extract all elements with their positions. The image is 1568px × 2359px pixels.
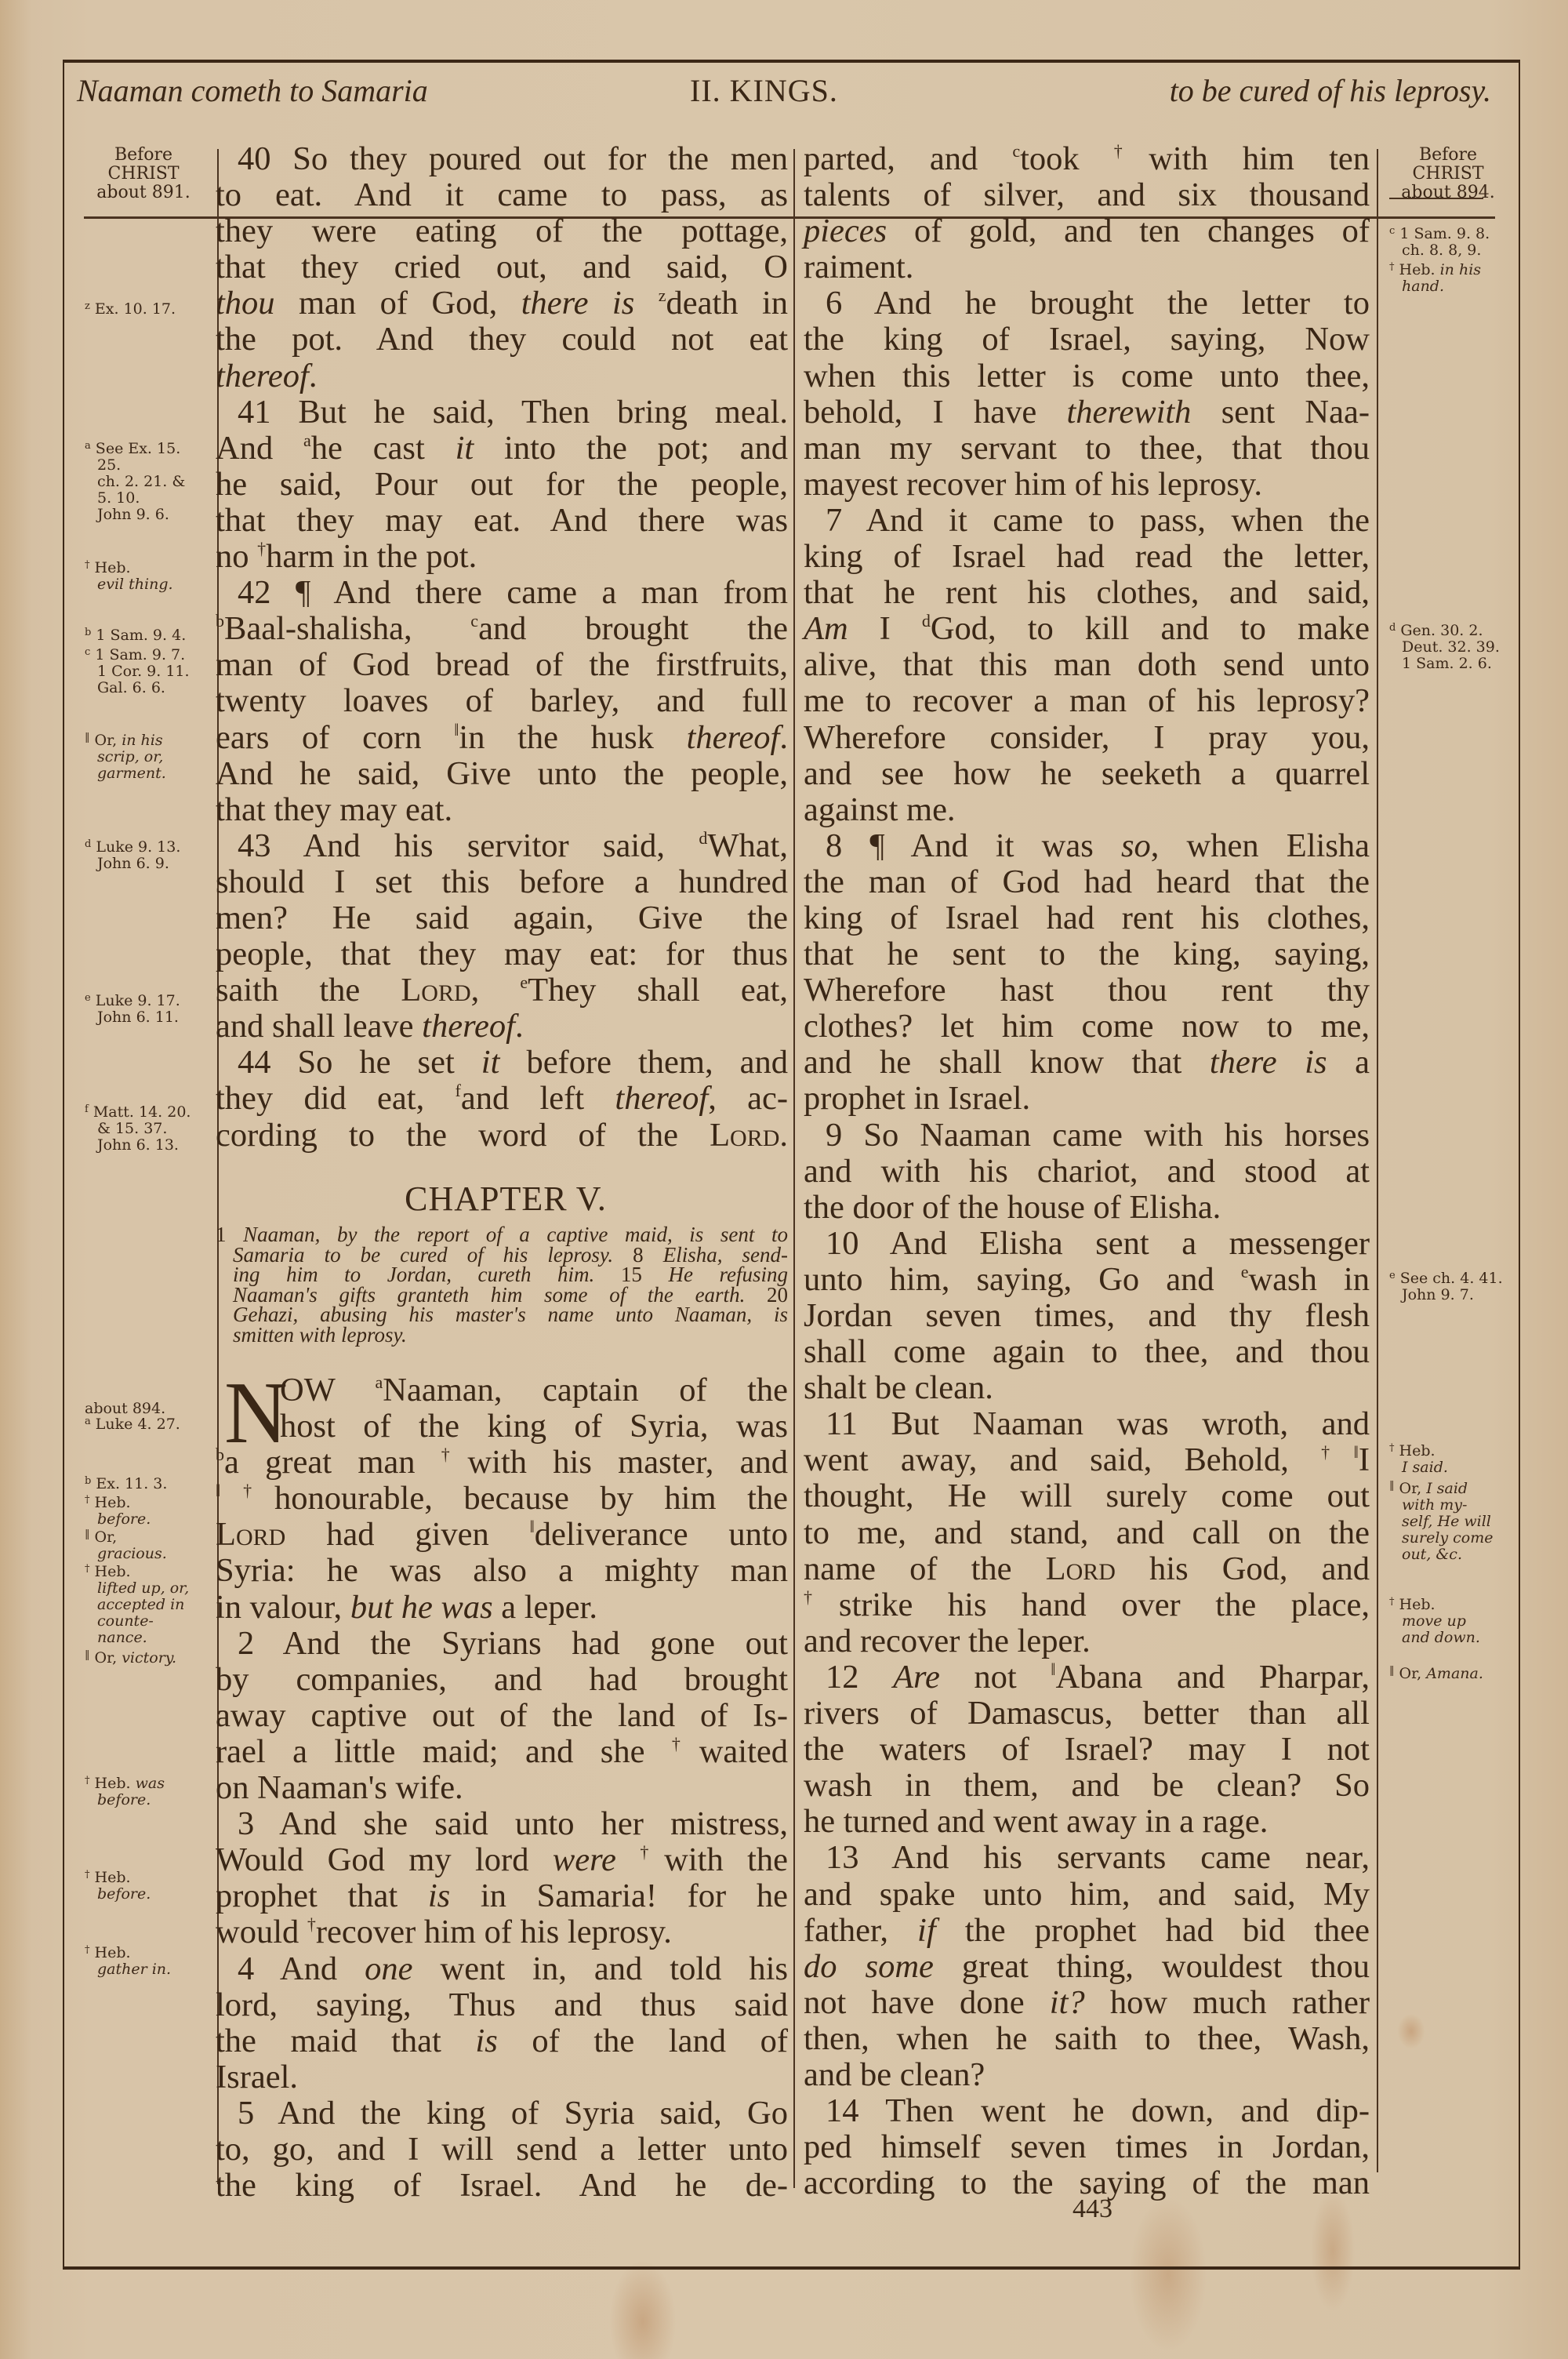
chapter-summary-line: 1 Naaman, by the report of a captive mai… [216,1225,788,1245]
verse-line: went away, and said, Behold, †‖I [804,1442,1370,1478]
margin-note-line: ‖ Or, victory. [85,1650,202,1667]
verse-line: and he shall know that there is a [804,1045,1370,1081]
margin-note-line: move up [1389,1613,1507,1630]
verse-line: rivers of Damascus, better than all [804,1696,1370,1732]
verse-line: when this letter is come unto thee, [804,358,1370,394]
margin-note-line: gather in. [85,1961,202,1978]
running-head-left: Naaman cometh to Samaria [77,72,428,109]
margin-note-line: d Gen. 30. 2. [1389,623,1507,639]
verse-line: 40 So they poured out for the men [216,141,788,177]
verse-line: ba great man †with his master, and [216,1445,788,1481]
margin-note-line: before. [85,1511,202,1528]
margin-note-line: I said. [1389,1459,1507,1476]
verse-line: unto him, saying, Go and ewash in [804,1262,1370,1298]
verse-line: rael a little maid; and she †waited [216,1734,788,1770]
verse-line: me to recover a man of his leprosy? [804,683,1370,719]
verse-line: king of Israel had rent his clothes, [804,900,1370,936]
left-margin-note: a See Ex. 15.25.ch. 2. 21. &5. 10.John 9… [85,441,202,523]
margin-note-line: hand. [1389,278,1507,295]
left-margin-note: e Luke 9. 17.John 6. 11. [85,993,202,1026]
verse-line: that they cried out, and said, O [216,249,788,285]
verse-line: 4 And one went in, and told his [216,1951,788,1987]
verse-line: wash in them, and be clean? So [804,1768,1370,1804]
verse-line: man of God bread of the firstfruits, [216,647,788,683]
verse-line: Israel. [216,2059,788,2095]
right-margin-note: c 1 Sam. 9. 8.ch. 8. 8, 9. [1389,226,1507,259]
left-margin-note: ‖ Or, victory. [85,1650,202,1667]
running-head-book-title: II. KINGS. [690,72,838,109]
margin-note-line: self, He will [1389,1514,1507,1530]
verse-line: cording to the word of the Lord. [216,1118,788,1154]
margin-note-line: nance. [85,1630,202,1646]
margin-note-line: surely come [1389,1530,1507,1547]
margin-note-line: ‖ Or, in his [85,732,202,749]
margin-note-line: ‖ Or, [85,1529,202,1546]
chapter-summary-line: ing him to Jordan, cureth him. 15 He ref… [216,1265,788,1285]
verse-line: man my servant to thee, that thou [804,431,1370,467]
right-margin-note: † Heb.I said. [1389,1443,1507,1476]
verse-line: ears of corn ‖in the husk thereof. [216,720,788,756]
margin-note-line: ‖ Or, I said [1389,1481,1507,1497]
verse-line: mayest recover him of his leprosy. [804,467,1370,503]
verse-line: king of Israel had read the letter, [804,539,1370,575]
running-head-right: to be cured of his leprosy. [1170,72,1491,109]
verse-line: twenty loaves of barley, and full [216,683,788,719]
verse-line: and be clean? [804,2057,1370,2093]
verse-line: and spake unto him, and said, My [804,1877,1370,1913]
verse-line: to me, and stand, and call on the [804,1515,1370,1551]
date-header-left: Before CHRIST about 891. [85,146,202,202]
verse-line: thought, He will surely come out [804,1478,1370,1514]
verse-line: shall come again to thee, and thou [804,1334,1370,1370]
margin-note-line: † Heb. [85,1945,202,1961]
verse-line: would †recover him of his leprosy. [216,1914,788,1950]
margin-note-line: about 894. [85,1401,202,1417]
verse-line: and shall leave thereof. [216,1009,788,1045]
verse-line: prophet that is in Samaria! for he [216,1878,788,1914]
verse-line: Jordan seven times, and thy flesh [804,1298,1370,1334]
right-margin-note: ‖ Or, Amana. [1389,1666,1507,1682]
verse-line: that he rent his clothes, and said, [804,575,1370,611]
margin-note-line: John 6. 13. [85,1137,202,1154]
text-column-left-bottom: OW aNaaman, captain of thehost of the ki… [216,1372,788,2204]
left-margin-note: † Heb.lifted up, or,accepted incounte-na… [85,1564,202,1646]
verse-line: thereof. [216,358,788,394]
margin-note-line: John 9. 7. [1389,1287,1507,1303]
verse-line: Am I dGod, to kill and to make [804,611,1370,647]
verse-line: the pot. And they could not eat [216,322,788,358]
right-margin-note: † Heb.move upand down. [1389,1597,1507,1646]
verse-line: And ahe cast it into the pot; and [216,431,788,467]
verse-line: behold, I have therewith sent Naa- [804,394,1370,431]
verse-line: lord, saying, Thus and thus said [216,1987,788,2023]
margin-note-line: gracious. [85,1546,202,1562]
left-margin-note: ‖ Or, in hisscrip, or,garment. [85,732,202,782]
verse-line: 13 And his servants came near, [804,1840,1370,1876]
margin-note-line: Gal. 6. 6. [85,680,202,696]
verse-line: that he sent to the king, saying, [804,936,1370,972]
verse-line: host of the king of Syria, was [216,1408,788,1445]
verse-line: 5 And the king of Syria said, Go [216,2095,788,2132]
verse-line: that they may eat. And there was [216,503,788,539]
right-margin-note: e See ch. 4. 41.John 9. 7. [1389,1270,1507,1303]
verse-line: bBaal-shalisha, cand brought the [216,611,788,647]
margin-note-line: a Luke 4. 27. [85,1416,202,1433]
margin-note-line: accepted in [85,1597,202,1613]
margin-note-line: † Heb. [85,560,202,576]
left-margin-note: about 894. [85,1401,202,1417]
verse-line: he said, Pour out for the people, [216,467,788,503]
verse-line: not have done it? how much rather [804,1985,1370,2021]
verse-line: 44 So he set it before them, and [216,1045,788,1081]
verse-line: parted, and ctook †with him ten [804,141,1370,177]
verse-line: in valour, but he was a leper. [216,1590,788,1626]
verse-line: Lord had given ‖deliverance unto [216,1517,788,1553]
right-margin-note: d Gen. 30. 2.Deut. 32. 39.1 Sam. 2. 6. [1389,623,1507,672]
margin-note-line: † Heb. in his [1389,262,1507,278]
margin-note-line: a See Ex. 15. [85,441,202,457]
chapter-heading: CHAPTER V. [227,1179,784,1219]
chapter-summary: 1 Naaman, by the report of a captive mai… [216,1225,788,1345]
verse-line: And he said, Give unto the people, [216,756,788,792]
verse-line: ped himself seven times in Jordan, [804,2129,1370,2165]
verse-line: thou man of God, there is zdeath in [216,285,788,322]
verse-line: the king of Israel, saying, Now [804,322,1370,358]
margin-note-line: † Heb. [85,1495,202,1511]
verse-line: the man of God had heard that the [804,864,1370,900]
margin-note-line: out, &c. [1389,1547,1507,1563]
margin-note-line: evil thing. [85,576,202,593]
verse-line: 10 And Elisha sent a messenger [804,1226,1370,1262]
chapter-summary-line: smitten with leprosy. [216,1325,788,1346]
verse-line: ‖†honourable, because by him the [216,1481,788,1517]
verse-line: clothes? let him come now to me, [804,1009,1370,1045]
verse-line: the king of Israel. And he de- [216,2168,788,2204]
margin-note-line: † Heb. was [85,1776,202,1792]
margin-note-line: † Heb. [1389,1597,1507,1613]
verse-line: Wherefore hast thou rent thy [804,972,1370,1009]
verse-line: and see how he seeketh a quarrel [804,756,1370,792]
verse-line: that they may eat. [216,792,788,828]
margin-note-line: with my- [1389,1497,1507,1514]
left-margin-note: c 1 Sam. 9. 7.1 Cor. 9. 11.Gal. 6. 6. [85,647,202,696]
margin-note-line: garment. [85,765,202,782]
left-margin-note: † Heb.before. [85,1495,202,1528]
margin-note-line: John 6. 11. [85,1009,202,1026]
margin-note-line: Deut. 32. 39. [1389,639,1507,656]
margin-note-line: 5. 10. [85,490,202,507]
margin-note-line: c 1 Sam. 9. 8. [1389,226,1507,242]
verse-line: 9 So Naaman came with his horses [804,1118,1370,1154]
verse-line: 8 ¶ And it was so, when Elisha [804,828,1370,864]
margin-note-line: e See ch. 4. 41. [1389,1270,1507,1287]
left-margin-note: † Heb.evil thing. [85,560,202,593]
margin-note-line: z Ex. 10. 17. [85,301,202,318]
verse-line: and with his chariot, and stood at [804,1154,1370,1190]
verse-line: do some great thing, wouldest thou [804,1949,1370,1985]
verse-line: prophet in Israel. [804,1081,1370,1117]
right-margin-note: † Heb. in hishand. [1389,262,1507,295]
verse-line: they did eat, fand left thereof, ac- [216,1081,788,1117]
margin-note-line: before. [85,1886,202,1903]
margin-note-line: ch. 2. 21. & [85,474,202,490]
verse-line: OW aNaaman, captain of the [216,1372,788,1408]
margin-note-line: and down. [1389,1630,1507,1646]
center-column-rule [793,149,795,2188]
verse-line: 2 And the Syrians had gone out [216,1626,788,1662]
page-number: 443 [1073,2194,1112,2224]
verse-line: people, that they may eat: for thus [216,936,788,972]
margin-note-line: † Heb. [85,1870,202,1886]
verse-line: the door of the house of Elisha. [804,1190,1370,1226]
verse-line: Would God my lord were †with the [216,1842,788,1878]
verse-line: 11 But Naaman was wroth, and [804,1406,1370,1442]
left-margin-note: d Luke 9. 13.John 6. 9. [85,839,202,872]
verse-line: the maid that is of the land of [216,2023,788,2059]
verse-line: 12 Are not ‖Abana and Pharpar, [804,1659,1370,1696]
left-margin-note: † Heb.gather in. [85,1945,202,1978]
verse-line: to eat. And it came to pass, as [216,177,788,213]
margin-note-line: lifted up, or, [85,1580,202,1597]
verse-line: raiment. [804,249,1370,285]
left-margin-note: ‖ Or,gracious. [85,1529,202,1562]
verse-line: men? He said again, Give the [216,900,788,936]
verse-line: he turned and went away in a rage. [804,1804,1370,1840]
margin-note-line: 1 Cor. 9. 11. [85,663,202,680]
margin-note-line: John 9. 6. [85,507,202,523]
margin-note-line: f Matt. 14. 20. [85,1104,202,1121]
verse-line: by companies, and had brought [216,1662,788,1698]
verse-line: 3 And she said unto her mistress, [216,1806,788,1842]
margin-note-line: b 1 Sam. 9. 4. [85,627,202,644]
margin-note-line: & 15. 37. [85,1121,202,1137]
date-header-right: Before CHRIST about 894. [1389,146,1507,202]
left-margin-note: f Matt. 14. 20.& 15. 37.John 6. 13. [85,1104,202,1154]
verse-line: 42 ¶ And there came a man from [216,575,788,611]
margin-note-line: b Ex. 11. 3. [85,1476,202,1492]
date-header-rule-left [88,216,198,218]
verse-line: the waters of Israel? may I not [804,1732,1370,1768]
verse-line: no †harm in the pot. [216,539,788,575]
verse-line: and recover the leper. [804,1623,1370,1659]
verse-line: 43 And his servitor said, dWhat, [216,828,788,864]
margin-note-line: ch. 8. 8, 9. [1389,242,1507,259]
date-header-rule-right [1389,198,1483,199]
left-margin-note: z Ex. 10. 17. [85,301,202,318]
book-page: Naaman cometh to Samaria II. KINGS. to b… [0,0,1568,2359]
margin-note-line: † Heb. [85,1564,202,1580]
margin-note-line: John 6. 9. [85,856,202,872]
margin-note-line: † Heb. [1389,1443,1507,1459]
verse-line: talents of silver, and six thousand [804,177,1370,213]
text-column-right: parted, and ctook †with him tentalents o… [804,141,1370,2201]
verse-line: away captive out of the land of Is- [216,1698,788,1734]
verse-line: saith the Lord, eThey shall eat, [216,972,788,1009]
verse-line: 14 Then went he down, and dip- [804,2093,1370,2129]
verse-line: against me. [804,792,1370,828]
margin-note-line: before. [85,1792,202,1808]
verse-line: alive, that this man doth send unto [804,647,1370,683]
verse-line: name of the Lord his God, and [804,1551,1370,1587]
verse-line: 41 But he said, Then bring meal. [216,394,788,431]
verse-line: they were eating of the pottage, [216,213,788,249]
verse-line: on Naaman's wife. [216,1770,788,1806]
verse-line: †strike his hand over the place, [804,1587,1370,1623]
verse-line: to, go, and I will send a letter unto [216,2132,788,2168]
left-margin-note: † Heb.before. [85,1870,202,1903]
text-column-left-top: 40 So they poured out for the mento eat.… [216,141,788,1154]
margin-note-line: e Luke 9. 17. [85,993,202,1009]
verse-line: shalt be clean. [804,1370,1370,1406]
verse-line: then, when he saith to thee, Wash, [804,2021,1370,2057]
right-margin-rule [1377,149,1378,2172]
left-margin-note: b Ex. 11. 3. [85,1476,202,1492]
left-margin-note: a Luke 4. 27. [85,1416,202,1433]
verse-line: pieces of gold, and ten changes of [804,213,1370,249]
margin-note-line: c 1 Sam. 9. 7. [85,647,202,663]
left-margin-note: † Heb. wasbefore. [85,1776,202,1808]
chapter-summary-line: Gehazi, abusing his master's name unto N… [216,1305,788,1325]
margin-note-line: 1 Sam. 2. 6. [1389,656,1507,672]
verse-line: 6 And he brought the letter to [804,285,1370,322]
verse-line: father, if the prophet had bid thee [804,1913,1370,1949]
margin-note-line: ‖ Or, Amana. [1389,1666,1507,1682]
verse-line: Wherefore consider, I pray you, [804,720,1370,756]
margin-note-line: scrip, or, [85,749,202,765]
right-margin-note: ‖ Or, I saidwith my-self, He willsurely … [1389,1481,1507,1563]
verse-line: should I set this before a hundred [216,864,788,900]
left-margin-note: b 1 Sam. 9. 4. [85,627,202,644]
margin-note-line: 25. [85,457,202,474]
margin-note-line: counte- [85,1613,202,1630]
verse-line: 7 And it came to pass, when the [804,503,1370,539]
margin-note-line: d Luke 9. 13. [85,839,202,856]
verse-line: Syria: he was also a mighty man [216,1553,788,1589]
